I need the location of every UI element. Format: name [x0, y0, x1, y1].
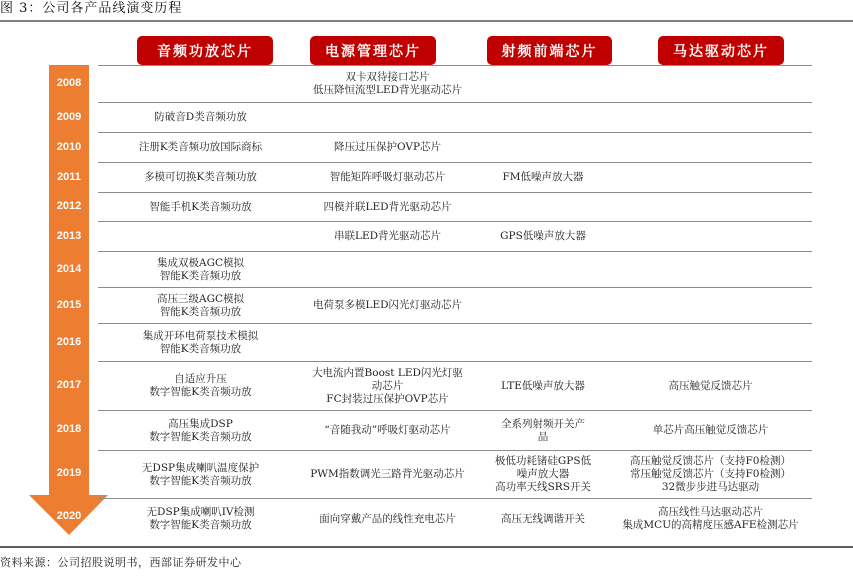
cell-power-2011: 智能矩阵呼吸灯驱动芯片: [285, 163, 490, 192]
cell-audio-2012: 智能手机K类音频功放: [98, 193, 303, 221]
cell-audio-2018: 高压集成DSP 数字智能K类音频功放: [98, 411, 303, 450]
cell-audio-2015: 高压三级AGC模拟 智能K类音频功放: [98, 288, 303, 323]
cell-motor-2018: 单芯片高压触觉反馈芯片: [608, 411, 813, 450]
cell-motor-2015: [608, 288, 813, 323]
cell-audio-2019: 无DSP集成喇叭温度保护 数字智能K类音频功放: [98, 451, 303, 498]
cell-audio-2016: 集成开环电荷泵技术模拟 智能K类音频功放: [98, 324, 303, 361]
cell-rf-2014: [478, 252, 608, 287]
cell-power-2013: 串联LED背光驱动芯片: [285, 222, 490, 251]
cell-power-2019: PWM指数调光三路背光驱动芯片: [285, 451, 490, 498]
cell-motor-2008: [608, 66, 813, 102]
cell-motor-2009: [608, 103, 813, 132]
cell-power-2016: [285, 324, 490, 361]
cell-audio-2008: [98, 66, 303, 102]
cell-rf-2008: [478, 66, 608, 102]
cell-rf-2020: 高压无线调谐开关: [478, 499, 608, 539]
year-label-2018: 2018: [49, 423, 89, 435]
cell-motor-2020: 高压线性马达驱动芯片 集成MCU的高精度压感AFE检测芯片: [608, 499, 813, 539]
cell-rf-2013: GPS低噪声放大器: [478, 222, 608, 251]
cell-rf-2019: 极低功耗锗硅GPS低 噪声放大器 高功率天线SRS开关: [478, 451, 608, 498]
bottom-rule: [0, 546, 853, 548]
cell-motor-2016: [608, 324, 813, 361]
cell-rf-2017: LTE低噪声放大器: [478, 362, 608, 410]
cell-audio-2010: 注册K类音频功放国际商标: [98, 133, 303, 162]
cell-motor-2017: 高压触觉反馈芯片: [608, 362, 813, 410]
year-label-2017: 2017: [49, 379, 89, 391]
cell-audio-2017: 自适应升压 数字智能K类音频功放: [98, 362, 303, 410]
year-label-2014: 2014: [49, 263, 89, 275]
cell-audio-2011: 多模可切换K类音频功放: [98, 163, 303, 192]
cell-motor-2011: [608, 163, 813, 192]
year-label-2013: 2013: [49, 230, 89, 242]
cell-rf-2016: [478, 324, 608, 361]
year-label-2011: 2011: [49, 171, 89, 183]
cell-audio-2009: 防破音D类音频功放: [98, 103, 303, 132]
year-label-2012: 2012: [49, 200, 89, 212]
cell-power-2010: 降压过压保护OVP芯片: [285, 133, 490, 162]
cell-power-2020: 面向穿戴产品的线性充电芯片: [285, 499, 490, 539]
year-label-2010: 2010: [49, 141, 89, 153]
cell-power-2015: 电荷泵多模LED闪光灯驱动芯片: [285, 288, 490, 323]
cell-power-2018: “音随我动”呼吸灯驱动芯片: [285, 411, 490, 450]
cell-motor-2019: 高压触觉反馈芯片（支持F0检测） 常压触觉反馈芯片（支持F0检测） 32微步步进…: [608, 451, 813, 498]
cell-motor-2014: [608, 252, 813, 287]
cell-rf-2012: [478, 193, 608, 221]
cell-audio-2013: [98, 222, 303, 251]
cell-power-2014: [285, 252, 490, 287]
cell-power-2008: 双卡双待接口芯片 低压降恒流型LED背光驱动芯片: [285, 66, 490, 102]
cell-rf-2010: [478, 133, 608, 162]
cell-rf-2018: 全系列射频开关产 品: [478, 411, 608, 450]
cell-motor-2010: [608, 133, 813, 162]
year-label-2008: 2008: [49, 77, 89, 89]
source-note: 资料来源：公司招股说明书，西部证券研发中心: [0, 554, 242, 570]
cell-power-2012: 四模并联LED背光驱动芯片: [285, 193, 490, 221]
year-label-2016: 2016: [49, 336, 89, 348]
year-label-2015: 2015: [49, 299, 89, 311]
cell-rf-2015: [478, 288, 608, 323]
cell-power-2009: [285, 103, 490, 132]
year-label-2020: 2020: [49, 510, 89, 522]
cell-motor-2013: [608, 222, 813, 251]
year-label-2019: 2019: [49, 467, 89, 479]
cell-rf-2009: [478, 103, 608, 132]
cell-rf-2011: FM低噪声放大器: [478, 163, 608, 192]
year-label-2009: 2009: [49, 111, 89, 123]
cell-audio-2020: 无DSP集成喇叭IV检测 数字智能K类音频功放: [98, 499, 303, 539]
cell-motor-2012: [608, 193, 813, 221]
cell-audio-2014: 集成双极AGC模拟 智能K类音频功放: [98, 252, 303, 287]
cell-power-2017: 大电流内置Boost LED闪光灯驱 动芯片 FC封装过压保护OVP芯片: [285, 362, 490, 410]
